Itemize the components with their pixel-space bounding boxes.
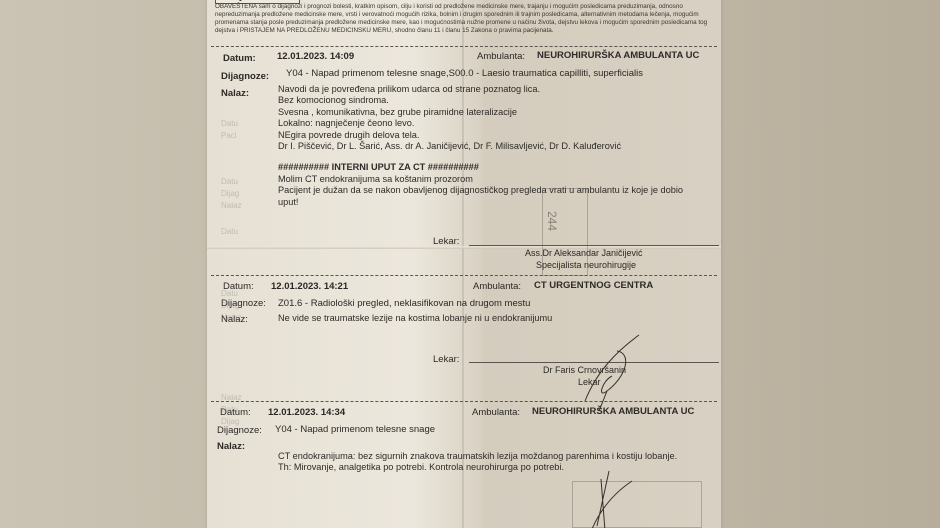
- entry-3-datum: 12.01.2023. 14:34: [268, 407, 345, 418]
- paper-fold-horizontal: [207, 246, 721, 249]
- entry-2-dijagnoze: Z01.6 - Radiološki pregled, neklasifikov…: [278, 298, 530, 309]
- dijagnoze-label: Dijagnoze:: [221, 71, 269, 82]
- nalaz-line: CT endokranijuma: bez sigurnih znakova t…: [278, 451, 677, 462]
- entry-1-dijagnoze: Y04 - Napad primenom telesne snage,S00.0…: [286, 68, 643, 79]
- section-divider: [211, 275, 717, 276]
- consent-text: OBAVEŠTENA sam o dijagnozi i prognozi bo…: [215, 3, 715, 35]
- entry-2-doctor-title: Lekar: [578, 377, 601, 387]
- table-surface-right: [721, 0, 940, 528]
- entry-2-doctor-name: Dr Faris Crnovršanin: [543, 365, 626, 375]
- nalaz-label: Nalaz:: [217, 441, 245, 452]
- section-divider: [211, 401, 717, 402]
- entry-1-datum: 12.01.2023. 14:09: [277, 51, 354, 62]
- entry-1-ambulanta: NEUROHIRURŠKA AMBULANTA UC: [537, 50, 699, 61]
- uput-line: Molim CT endokranijuma sa koštanim prozo…: [278, 174, 683, 185]
- entry-3-nalaz: CT endokranijuma: bez sigurnih znakova t…: [278, 451, 677, 474]
- uput-line: uput!: [278, 197, 683, 208]
- datum-label: Datum:: [223, 53, 256, 64]
- signature-line: [469, 245, 719, 246]
- nalaz-line: Lokalno: nagnječenje čeono levo.: [278, 118, 683, 129]
- entry-2-ambulanta: CT URGENTNOG CENTRA: [534, 280, 653, 291]
- entry-2-nalaz: Ne vide se traumatske lezije na kostima …: [278, 313, 552, 324]
- entry-1-nalaz: Navodi da je povređena prilikom udarca o…: [278, 84, 683, 208]
- nalaz-line: Navodi da je povređena prilikom udarca o…: [278, 84, 683, 95]
- signature-line: [469, 362, 719, 363]
- paper-fold-vertical: [462, 0, 464, 528]
- uput-line: Pacijent je dužan da se nakon obavljenog…: [278, 185, 683, 196]
- uput-heading: ########## INTERNI UPUT ZA CT ##########: [278, 162, 683, 173]
- nalaz-line: Svesna , komunikativna, bez grube pirami…: [278, 107, 683, 118]
- nalaz-line: Ne vide se traumatske lezije na kostima …: [278, 313, 552, 324]
- ambulanta-label: Ambulanta:: [472, 407, 520, 418]
- medical-report-paper: Pacijent OBAVEŠTENA sam o dijagnozi i pr…: [207, 0, 721, 528]
- stamp-box: [542, 188, 588, 276]
- stamp-number: 244: [545, 211, 559, 231]
- table-surface-left: [0, 0, 207, 528]
- nalaz-line: Bez komocionog sindroma.: [278, 95, 683, 106]
- entry-2-datum: 12.01.2023. 14:21: [271, 281, 348, 292]
- nalaz-line: Dr I. Piščević, Dr L. Šarić, Ass. dr A. …: [278, 141, 683, 152]
- ambulanta-label: Ambulanta:: [473, 281, 521, 292]
- lekar-label: Lekar:: [433, 236, 459, 247]
- lekar-label: Lekar:: [433, 354, 459, 365]
- nalaz-line: Th: Mirovanje, analgetika po potrebi. Ko…: [278, 462, 677, 473]
- ghost-labels: Datu Paci Datu Dijag Nalaz Datu Datu Dij…: [221, 118, 241, 428]
- entry-3-ambulanta: NEUROHIRURŠKA AMBULANTA UC: [532, 406, 694, 417]
- section-divider: [211, 46, 717, 47]
- nalaz-line: NEgira povrede drugih delova tela.: [278, 130, 683, 141]
- entry-3-dijagnoze: Y04 - Napad primenom telesne snage: [275, 424, 435, 435]
- ambulanta-label: Ambulanta:: [477, 51, 525, 62]
- nalaz-label: Nalaz:: [221, 88, 249, 99]
- stamp-box: [572, 481, 702, 528]
